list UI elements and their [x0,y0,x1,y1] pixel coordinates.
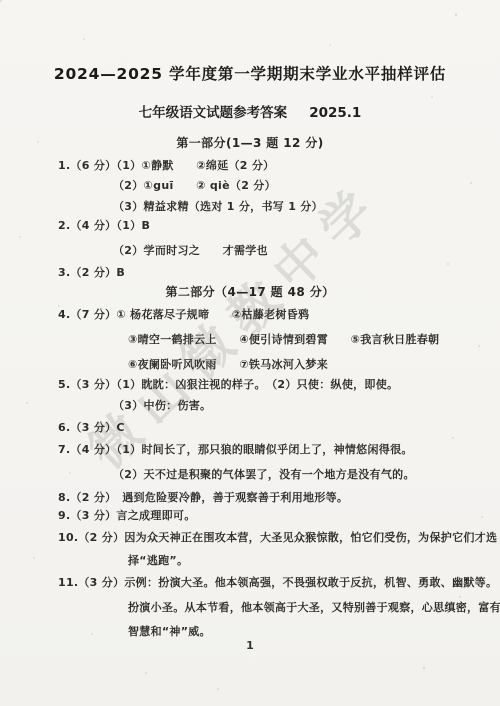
exam-date: 2025.1 [309,105,361,121]
answer-line-q11-1: 11.（3 分）示例：扮演大圣。他本领高强，不畏强权敢于反抗，机智、勇敢、幽默等… [58,574,497,590]
answer-line-q4-2: ③晴空一鹤排云上 ④便引诗情到碧霄 ⑤我言秋日胜春朝 [128,331,439,347]
answer-line-q6: 6.（3 分）C [58,419,125,435]
answer-line-q7-1: 7.（4 分）（1）时间长了，那只狼的眼睛似乎闭上了，神情悠闲得很。 [58,441,413,457]
page-number: 1 [0,639,500,652]
answer-line-q5-2: （3）中伤：伤害。 [113,397,211,413]
answer-line-q9: 9.（3 分）言之成理即可。 [58,507,196,523]
answer-line-q10-2: 择“逃跑”。 [128,552,188,568]
answer-line-q1-2: （2）①guī ② qiè（2 分） [113,177,276,193]
answer-line-q1-3: （3）精益求精（选对 1 分，书写 1 分） [113,198,323,214]
answer-line-q4-1: 4.（7 分）① 杨花落尽子规啼 ②枯藤老树昏鸦 [58,306,309,322]
part2-heading: 第二部分（4—17 题 48 分） [0,283,500,300]
answer-line-q11-2: 扮演小圣。从本节看，他本领高于大圣，又特别善于观察，心思缜密，富有 [128,599,500,615]
answer-line-q10-1: 10.（2 分）因为众天神正在围攻本营，大圣见众猴惊散，怕它们受伤，为保护它们才… [58,529,497,545]
scanned-answer-sheet-page: 微山微教中学 2024—2025 学年度第一学期期末学业水平抽样评估 七年级语文… [0,0,500,706]
answer-line-q2-1: 2.（4 分）（1）B [58,217,150,233]
part1-heading: 第一部分(1—3 题 12 分) [0,134,500,151]
answer-line-q11-3: 智慧和“神”威。 [128,623,211,639]
exam-subtitle-row: 七年级语文试题参考答案 2025.1 [0,101,500,121]
answer-line-q3: 3.（2 分）B [58,264,125,280]
scan-noise-specks [0,0,2,2]
answer-line-q7-2: （2）天不过是积聚的气体罢了，没有一个地方是没有气的。 [113,466,415,482]
exam-subtitle: 七年级语文试题参考答案 [139,101,288,121]
answer-line-q2-2: （2）学而时习之 才需学也 [113,242,268,258]
exam-title: 2024—2025 学年度第一学期期末学业水平抽样评估 [0,62,500,84]
answer-line-q1-1: 1.（6 分）（1）①静默 ②绵延（2 分） [58,157,274,173]
answer-line-q4-3: ⑥夜阑卧听风吹雨 ⑦铁马冰河入梦来 [128,356,328,372]
answer-line-q5-1: 5.（3 分）（1）眈眈：凶狠注视的样子。 （2）只使：纵使，即使。 [58,376,398,392]
answer-line-q8: 8.（2 分） 遇到危险要冷静，善于观察善于利用地形等。 [58,489,348,505]
